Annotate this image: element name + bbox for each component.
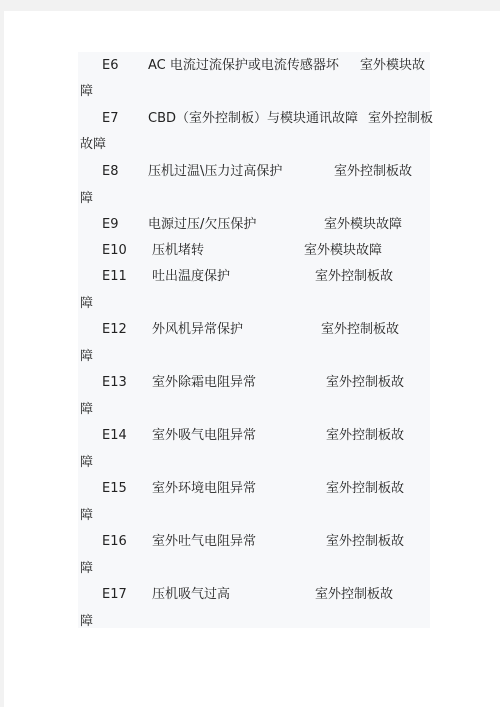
fault-category: 室外控制板故 bbox=[334, 162, 412, 182]
fault-category: 室外控制板故 bbox=[315, 585, 393, 605]
wrapped-text: 障 bbox=[80, 82, 93, 102]
error-description: 压机过温\压力过高保护 bbox=[148, 162, 282, 182]
wrapped-text: 障 bbox=[80, 294, 93, 314]
error-description: 室外环境电阻异常 bbox=[152, 479, 256, 499]
error-code: E10 bbox=[102, 241, 127, 261]
fault-category: 室外控制板故 bbox=[321, 320, 399, 340]
error-code-list: E6 AC 电流过流保护或电流传感器坏 室外模块故 障 E7 CBD（室外控制板… bbox=[78, 52, 430, 628]
error-description: 电源过压/欠压保护 bbox=[148, 215, 256, 235]
wrapped-text: 障 bbox=[80, 612, 93, 632]
wrapped-text: 障 bbox=[80, 453, 93, 473]
wrapped-text: 障 bbox=[80, 189, 93, 209]
fault-category: 室外控制板故 bbox=[315, 267, 393, 287]
fault-category: 室外控制板故 bbox=[326, 532, 404, 552]
error-description: CBD（室外控制板）与模块通讯故障 bbox=[148, 109, 358, 129]
fault-category: 室外控制板故 bbox=[326, 373, 404, 393]
error-description: 吐出温度保护 bbox=[152, 267, 230, 287]
error-description: 压机吸气过高 bbox=[152, 585, 230, 605]
wrapped-text: 故障 bbox=[80, 135, 106, 155]
fault-category: 室外控制板故 bbox=[326, 479, 404, 499]
document-page: E6 AC 电流过流保护或电流传感器坏 室外模块故 障 E7 CBD（室外控制板… bbox=[4, 11, 500, 707]
error-code: E9 bbox=[102, 215, 119, 235]
wrapped-text: 障 bbox=[80, 506, 93, 526]
error-description: AC 电流过流保护或电流传感器坏 bbox=[148, 56, 339, 76]
error-description: 外风机异常保护 bbox=[152, 320, 243, 340]
error-code: E8 bbox=[102, 162, 119, 182]
error-code: E12 bbox=[102, 320, 127, 340]
error-code: E16 bbox=[102, 532, 127, 552]
wrapped-text: 障 bbox=[80, 559, 93, 579]
error-code: E17 bbox=[102, 585, 127, 605]
fault-category: 室外模块故 bbox=[360, 56, 425, 76]
error-description: 室外吐气电阻异常 bbox=[152, 532, 256, 552]
fault-category: 室外控制板 bbox=[368, 109, 433, 129]
error-code: E13 bbox=[102, 373, 127, 393]
error-code: E15 bbox=[102, 479, 127, 499]
fault-category: 室外模块故障 bbox=[304, 241, 382, 261]
fault-category: 室外控制板故 bbox=[326, 426, 404, 446]
wrapped-text: 障 bbox=[80, 400, 93, 420]
error-code: E11 bbox=[102, 267, 127, 287]
fault-category: 室外模块故障 bbox=[324, 215, 402, 235]
error-description: 室外除霜电阻异常 bbox=[152, 373, 256, 393]
error-code: E6 bbox=[102, 56, 119, 76]
error-description: 室外吸气电阻异常 bbox=[152, 426, 256, 446]
error-code: E7 bbox=[102, 109, 119, 129]
wrapped-text: 障 bbox=[80, 347, 93, 367]
error-description: 压机堵转 bbox=[152, 241, 204, 261]
error-code: E14 bbox=[102, 426, 127, 446]
